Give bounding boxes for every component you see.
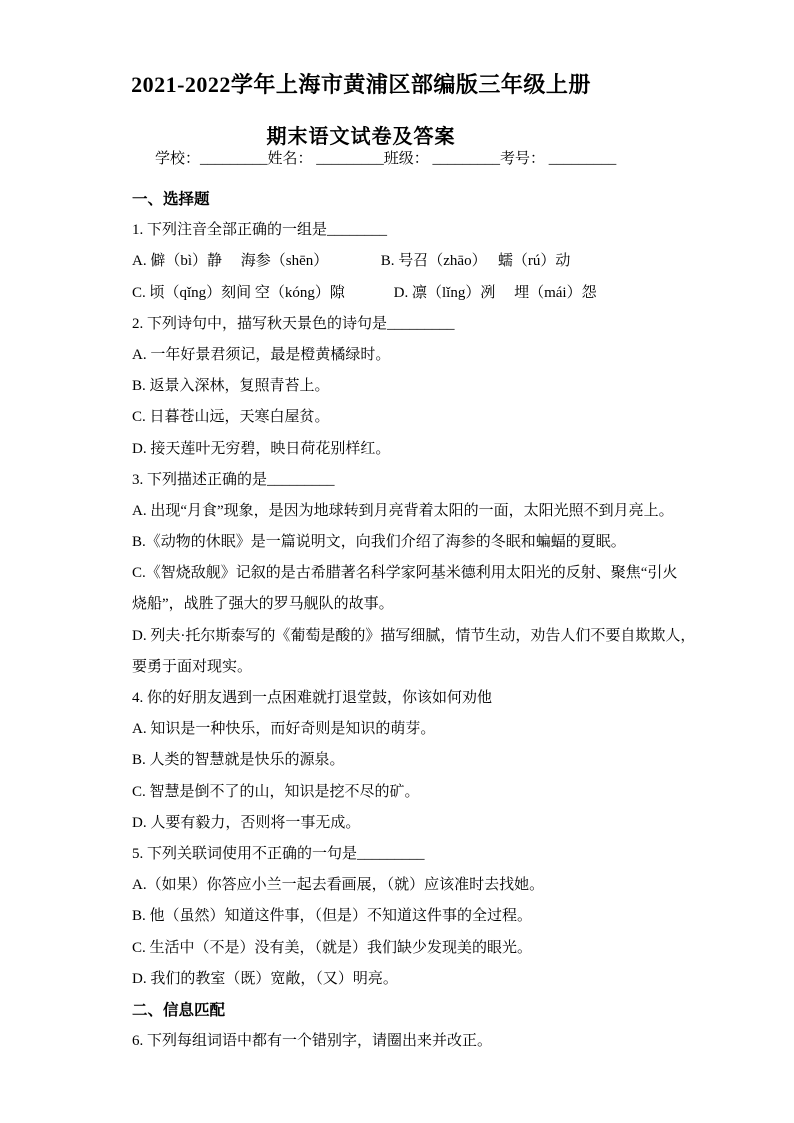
document-line: B.《动物的休眠》是一篇说明文，向我们介绍了海参的冬眠和蝙蝠的夏眠。 [132, 527, 692, 558]
document-line: B. 返景入深林，复照青苔上。 [132, 371, 692, 402]
document-line: D. 我们的教室（既）宽敞，（又）明亮。 [132, 964, 692, 995]
document-line: 2. 下列诗句中，描写秋天景色的诗句是_________ [132, 309, 692, 340]
document-line: A.（如果）你答应小兰一起去看画展，（就）应该准时去找她。 [132, 870, 692, 901]
document-line: A. 出现“月食”现象，是因为地球转到月亮背着太阳的一面，太阳光照不到月亮上。 [132, 496, 692, 527]
student-info-line: 学校：_________姓名： _________班级： _________考号… [155, 147, 616, 168]
document-line: B. 他（虽然）知道这件事，（但是）不知道这件事的全过程。 [132, 901, 692, 932]
document-line: A. 知识是一种快乐，而好奇则是知识的萌芽。 [132, 714, 692, 745]
document-line: C. 日暮苍山远，天寒白屋贫。 [132, 402, 692, 433]
exam-document-page: 2021-2022学年上海市黄浦区部编版三年级上册 期末语文试卷及答案 学校：_… [0, 0, 794, 1123]
document-line: D. 接天莲叶无穷碧，映日荷花别样红。 [132, 434, 692, 465]
document-subtitle: 期末语文试卷及答案 [0, 120, 722, 149]
document-line: 3. 下列描述正确的是_________ [132, 465, 692, 496]
document-line: C. 生活中（不是）没有美，（就是）我们缺少发现美的眼光。 [132, 933, 692, 964]
document-line: D. 人要有毅力，否则将一事无成。 [132, 808, 692, 839]
document-line: 5. 下列关联词使用不正确的一句是_________ [132, 839, 692, 870]
document-line: 烧船”，战胜了强大的罗马舰队的故事。 [132, 589, 692, 620]
document-line: B. 人类的智慧就是快乐的源泉。 [132, 745, 692, 776]
document-line: 4. 你的好朋友遇到一点困难就打退堂鼓，你该如何劝他 [132, 683, 692, 714]
document-line: C. 智慧是倒不了的山，知识是挖不尽的矿。 [132, 777, 692, 808]
document-body: 一、选择题1. 下列注音全部正确的一组是________A. 僻（bì）静 海参… [132, 184, 692, 1057]
document-line: 要勇于面对现实。 [132, 652, 692, 683]
document-title: 2021-2022学年上海市黄浦区部编版三年级上册 [0, 68, 722, 99]
section-heading: 二、信息匹配 [132, 995, 692, 1026]
section-heading: 一、选择题 [132, 184, 692, 215]
document-line: D. 列夫·托尔斯泰写的《葡萄是酸的》描写细腻，情节生动，劝告人们不要自欺欺人， [132, 621, 692, 652]
document-line: A. 僻（bì）静 海参（shēn） B. 号召（zhāo） 蠕（rú）动 [132, 246, 692, 277]
document-line: C.《智烧敌舰》记叙的是古希腊著名科学家阿基米德利用太阳光的反射、聚焦“引火 [132, 558, 692, 589]
document-line: 6. 下列每组词语中都有一个错别字，请圈出来并改正。 [132, 1026, 692, 1057]
document-line: C. 顷（qǐng）刻间 空（kóng）隙 D. 凛（lǐng）冽 埋（mái）… [132, 278, 692, 309]
document-line: A. 一年好景君须记，最是橙黄橘绿时。 [132, 340, 692, 371]
document-line: 1. 下列注音全部正确的一组是________ [132, 215, 692, 246]
